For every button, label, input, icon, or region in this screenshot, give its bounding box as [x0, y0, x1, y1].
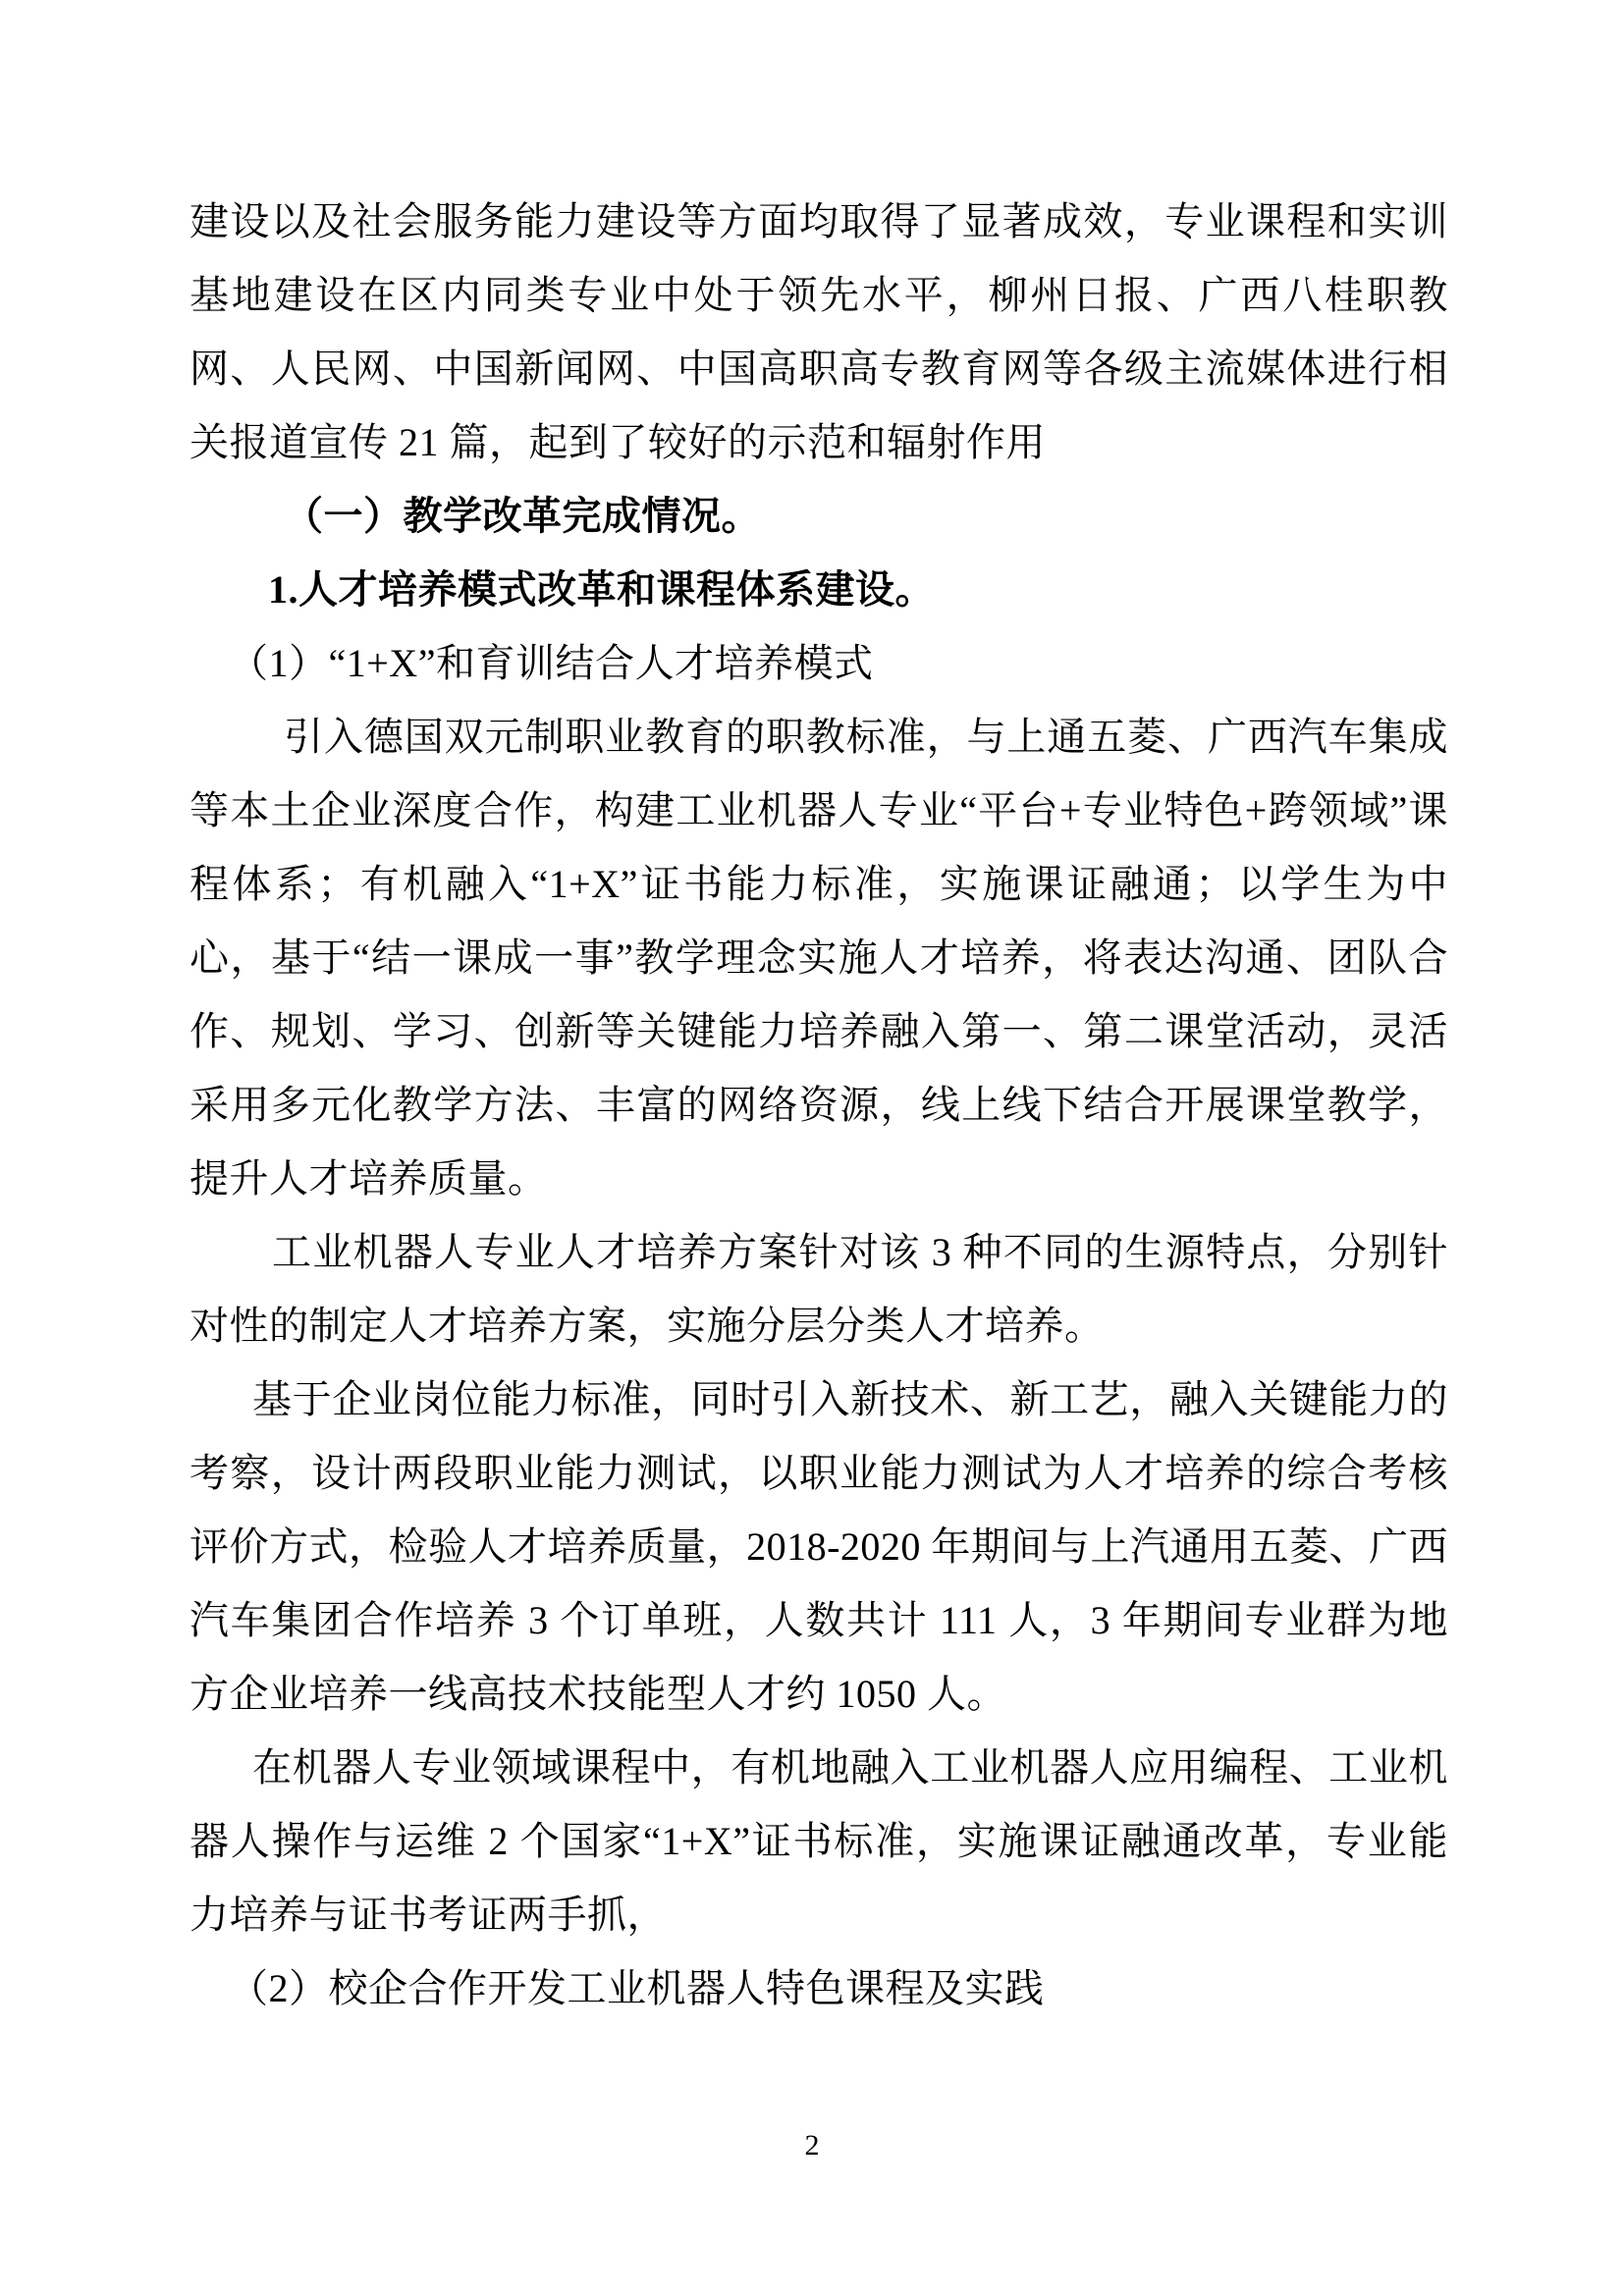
page-footer: 2	[0, 2126, 1624, 2165]
paragraph-certificate-standard: 在机器人专业领域课程中，有机地融入工业机器人应用编程、工业机器人操作与运维 2 …	[189, 1731, 1448, 1951]
page-number: 2	[805, 2129, 820, 2162]
sub-item-1: （1）“1+X”和育训结合人才培养模式	[189, 626, 1448, 700]
paragraph-talent-model: 引入德国双元制职业教育的职教标准，与上通五菱、广西汽车集成等本土企业深度合作，构…	[189, 700, 1448, 1215]
paragraph-continuation: 建设以及社会服务能力建设等方面均取得了显著成效，专业课程和实训基地建设在区内同类…	[189, 185, 1448, 479]
paragraph-training-plan: 工业机器人专业人才培养方案针对该 3 种不同的生源特点，分别针对性的制定人才培养…	[189, 1215, 1448, 1362]
paragraph-ability-test: 基于企业岗位能力标准，同时引入新技术、新工艺，融入关键能力的考察，设计两段职业能…	[189, 1362, 1448, 1731]
heading-section-1: （一）教学改革完成情况。	[189, 479, 1448, 553]
heading-subsection-1: 1.人才培养模式改革和课程体系建设。	[189, 553, 1448, 626]
document-page: 建设以及社会服务能力建设等方面均取得了显著成效，专业课程和实训基地建设在区内同类…	[0, 0, 1624, 2296]
sub-item-2: （2）校企合作开发工业机器人特色课程及实践	[189, 1951, 1448, 2025]
document-body: 建设以及社会服务能力建设等方面均取得了显著成效，专业课程和实训基地建设在区内同类…	[189, 185, 1448, 2025]
